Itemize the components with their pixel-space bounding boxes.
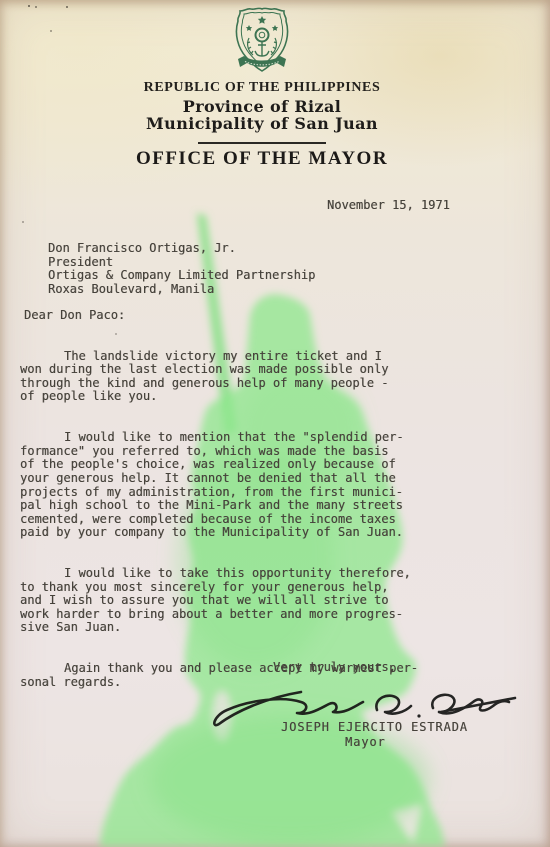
municipality-line: Municipality of San Juan: [0, 114, 524, 133]
office-line: OFFICE OF THE MAYOR: [0, 148, 524, 170]
body-paragraph: I would like to take this opportunity th…: [20, 567, 498, 635]
signature-name: JOSEPH EJERCITO ESTRADA: [281, 721, 468, 735]
republic-line: REPUBLIC OF THE PHILIPPINES: [0, 80, 524, 96]
municipal-seal-icon: [229, 6, 295, 76]
signature-title: Mayor: [345, 736, 386, 750]
salutation: Dear Don Paco:: [24, 309, 125, 323]
letter-body: The landslide victory my entire ticket a…: [20, 336, 498, 717]
body-paragraph: I would like to mention that the "splend…: [20, 431, 498, 540]
paper-speckles: [28, 5, 30, 7]
body-paragraph: The landslide victory my entire ticket a…: [20, 350, 498, 404]
date-line: November 15, 1971: [327, 199, 450, 213]
office-rule: [198, 142, 326, 144]
letter-page: REPUBLIC OF THE PHILIPPINES Province of …: [0, 0, 550, 847]
recipient-block: Don Francisco Ortigas, Jr. President Ort…: [48, 242, 315, 296]
